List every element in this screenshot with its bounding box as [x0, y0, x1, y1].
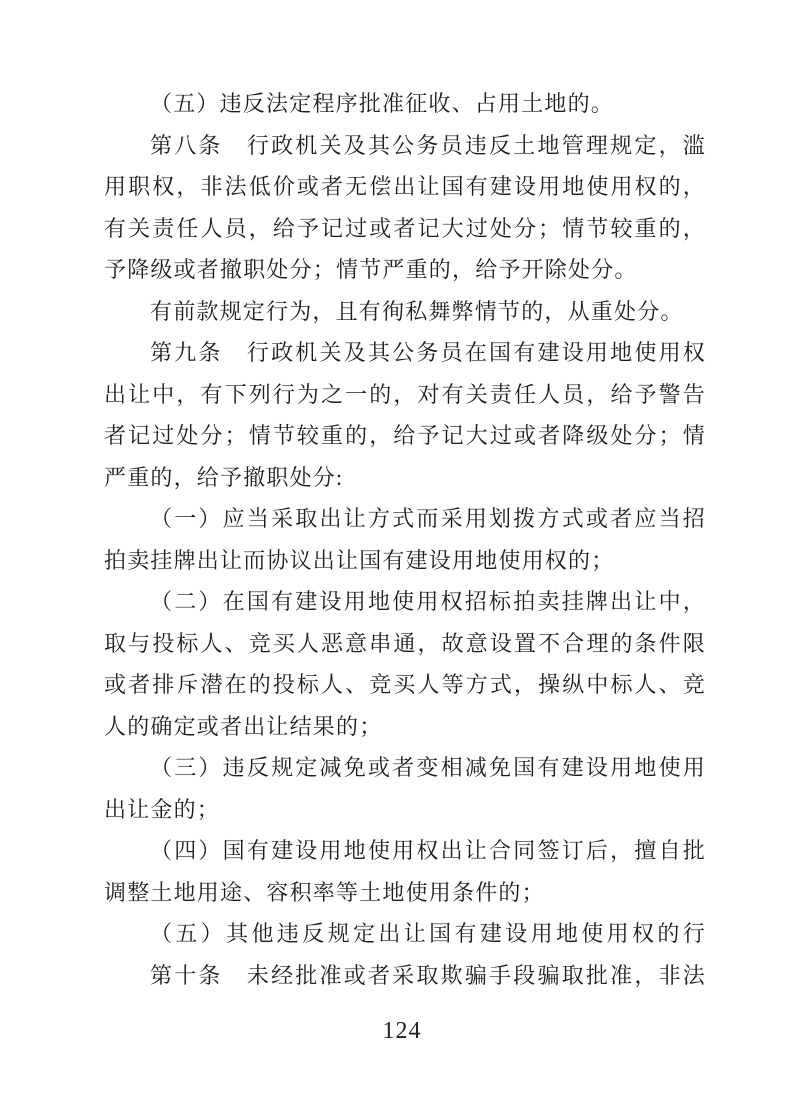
text-line: 第十条 未经批准或者采取欺骗手段骗取批准，非法: [104, 955, 706, 997]
text-line: （五）违反法定程序批准征收、占用土地的。: [104, 83, 706, 125]
text-line: 用职权，非法低价或者无偿出让国有建设用地使用权的，对: [104, 166, 706, 208]
text-line: 者记过处分；情节较重的，给予记大过或者降级处分；情节: [104, 415, 706, 457]
text-line: 取与投标人、竞买人恶意串通，故意设置不合理的条件限制: [104, 623, 706, 665]
text-line: 予降级或者撤职处分；情节严重的，给予开除处分。: [104, 249, 706, 291]
text-line: 或者排斥潜在的投标人、竞买人等方式，操纵中标人、竞得: [104, 664, 706, 706]
text-line: （三）违反规定减免或者变相减免国有建设用地使用权: [104, 747, 706, 789]
text-line: （四）国有建设用地使用权出让合同签订后，擅自批准: [104, 830, 706, 872]
text-line: 有前款规定行为，且有徇私舞弊情节的，从重处分。: [104, 291, 706, 333]
text-line: 调整土地用途、容积率等土地使用条件的；: [104, 872, 706, 914]
text-line: 拍卖挂牌出让而协议出让国有建设用地使用权的；: [104, 540, 706, 582]
text-line: 人的确定或者出让结果的；: [104, 706, 706, 748]
page-number: 124: [0, 1016, 804, 1046]
text-line: 严重的，给予撤职处分:: [104, 457, 706, 499]
text-line: 出让金的；: [104, 789, 706, 831]
document-page: （五）违反法定程序批准征收、占用土地的。第八条 行政机关及其公务员违反土地管理规…: [0, 0, 804, 1099]
text-line: （五）其他违反规定出让国有建设用地使用权的行为。: [104, 913, 706, 955]
document-body: （五）违反法定程序批准征收、占用土地的。第八条 行政机关及其公务员违反土地管理规…: [104, 83, 706, 996]
text-line: 第九条 行政机关及其公务员在国有建设用地使用权: [104, 332, 706, 374]
text-line: 出让中，有下列行为之一的，对有关责任人员，给予警告或: [104, 374, 706, 416]
text-line: （二）在国有建设用地使用权招标拍卖挂牌出让中，采: [104, 581, 706, 623]
text-line: （一）应当采取出让方式而采用划拨方式或者应当招标: [104, 498, 706, 540]
text-line: 第八条 行政机关及其公务员违反土地管理规定，滥: [104, 125, 706, 167]
text-line: 有关责任人员，给予记过或者记大过处分；情节较重的，给: [104, 208, 706, 250]
